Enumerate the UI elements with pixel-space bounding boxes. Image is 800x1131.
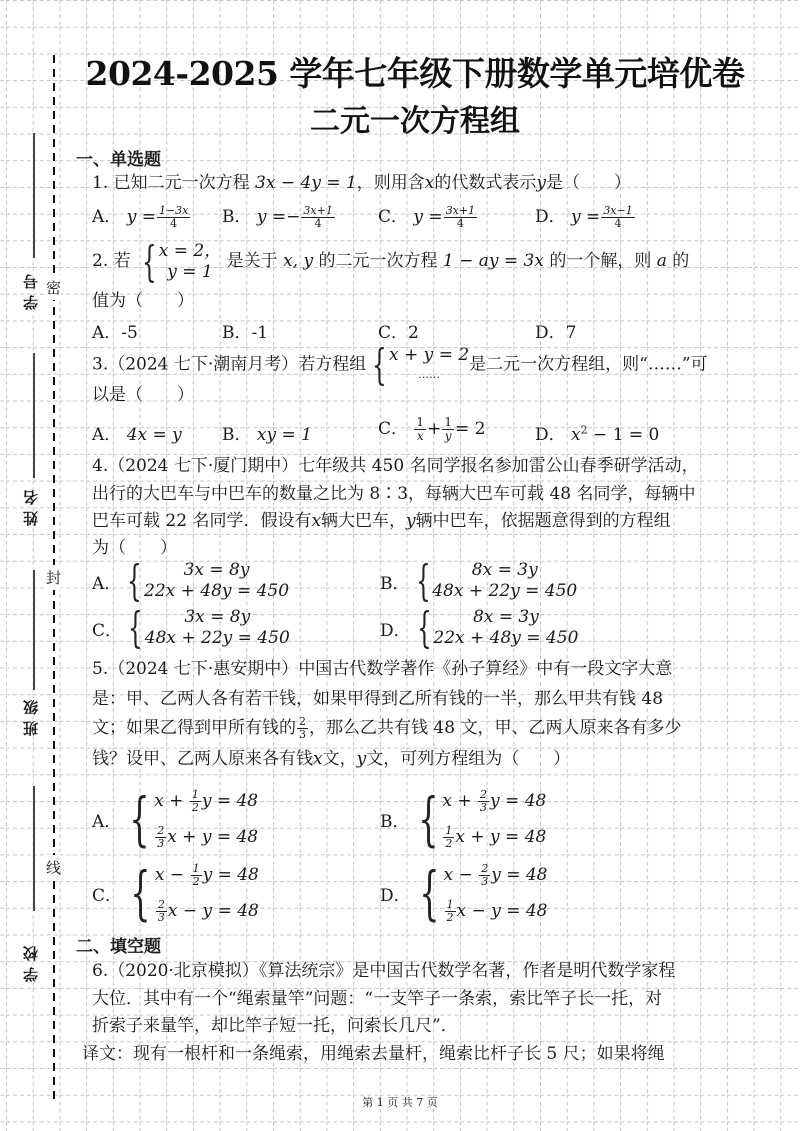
label-class: 班级 <box>20 694 41 736</box>
q3-option-b[interactable]: B． xy = 1 <box>222 420 312 445</box>
label-school: 学校 <box>20 940 41 982</box>
student-id-underline <box>33 133 35 258</box>
question-5-line3: 文；如果乙得到甲所有钱的23，那么乙共有钱 48 文，甲、乙两人原来各有多少 <box>92 716 681 741</box>
question-5-line2: 是：甲、乙两人各有若干钱，如果甲得到乙所有钱的一半，那么甲共有钱 48 <box>92 688 663 710</box>
q5-option-d[interactable]: D．{ x − 23y = 48 12x − y = 48 <box>380 857 547 929</box>
school-underline <box>33 786 35 911</box>
question-2-line2: 值为（ ） <box>92 290 194 312</box>
q3-option-d[interactable]: D． x2 − 1 = 0 <box>535 420 659 445</box>
exam-page: 学号 姓名 班级 学校 密 封 线 2024-2025 学年七年级下册数学单元培… <box>0 0 800 1131</box>
question-4-line2: 出行的大巴车与中巴车的数量之比为 8∶3，每辆大巴车可载 48 名同学，每辆中 <box>92 483 695 505</box>
section-heading-fill-blank: 二、填空题 <box>76 932 161 957</box>
question-6-line2: 大位．其中有一个“绳索量竿”问题：“一支竿子一条索，索比竿子长一托，对 <box>92 988 662 1010</box>
seal-word-xian: 线 <box>46 855 61 880</box>
question-1: 1. 已知二元一次方程 3x − 4y = 1，则用含x的代数式表示y是（ ） <box>92 172 631 194</box>
question-5-line1: 5.（2024 七下·惠安期中）中国古代数学著作《孙子算经》中有一段文字大意 <box>92 658 672 680</box>
page-number: 第 1 页 共 7 页 <box>0 1094 800 1110</box>
q3-option-a[interactable]: A． 4x = y <box>92 420 182 445</box>
class-underline <box>33 570 35 690</box>
question-6-line3: 折索子来量竿，却比竿子短一托，问索长几尺”． <box>92 1015 458 1037</box>
q3-system: {x + y = 2…… <box>366 344 469 386</box>
q1-option-c[interactable]: C． y =3x+14 <box>378 202 478 230</box>
seal-word-feng: 封 <box>46 565 61 590</box>
q3-option-c[interactable]: C． 1x+1y= 2 <box>378 414 485 443</box>
q4-option-a[interactable]: A．{3x = 8y22x + 48y = 450 <box>92 560 289 602</box>
question-5-line4: 钱？设甲、乙两人原来各有钱x文，y文，可列方程组为（ ） <box>92 748 570 770</box>
question-2: 2. 若 {x = 2，y = 1 是关于 x, y 的二元一次方程 1 − a… <box>92 240 689 283</box>
q2-system: {x = 2，y = 1 <box>136 241 221 283</box>
question-6-line4: 译文：现有一根杆和一条绳索，用绳索去量杆，绳索比杆子长 5 尺；如果将绳 <box>82 1043 665 1065</box>
section-heading-single-choice: 一、单选题 <box>76 145 161 170</box>
question-6-line1: 6.（2020·北京模拟）《算法统宗》是中国古代数学名著，作者是明代数学家程 <box>92 960 675 982</box>
q4-option-b[interactable]: B．{8x = 3y48x + 22y = 450 <box>380 560 577 602</box>
q2-option-d[interactable]: D．7 <box>535 318 576 343</box>
q2-option-b[interactable]: B．-1 <box>222 318 268 343</box>
question-4-line1: 4.（2024 七下·厦门期中）七年级共 450 名同学报名参加雷公山春季研学活… <box>92 455 699 477</box>
q4-option-d[interactable]: D．{8x = 3y22x + 48y = 450 <box>380 607 578 649</box>
label-name: 姓名 <box>20 484 41 526</box>
q1-option-b[interactable]: B． y =−3x+14 <box>222 202 336 230</box>
q4-option-c[interactable]: C．{3x = 8y48x + 22y = 450 <box>92 607 290 649</box>
q5-option-c[interactable]: C．{ x − 12y = 48 23x − y = 48 <box>92 857 259 929</box>
question-3-line2: 以是（ ） <box>92 384 194 406</box>
page-subtitle: 二元一次方程组 <box>70 96 760 140</box>
label-student-id: 学号 <box>20 268 41 310</box>
q5-option-a[interactable]: A．{ x + 12y = 48 23x + y = 48 <box>92 783 258 855</box>
page-title: 2024-2025 学年七年级下册数学单元培优卷 <box>70 48 760 95</box>
name-underline <box>33 353 35 478</box>
q5-option-b[interactable]: B．{ x + 23y = 48 12x + y = 48 <box>380 783 546 855</box>
question-3: 3.（2024 七下·潮南月考）若方程组{x + y = 2……是二元一次方程组… <box>92 344 708 386</box>
q2-option-a[interactable]: A．-5 <box>92 318 138 343</box>
question-4-line3: 巴车可载 22 名同学．假设有x辆大巴车，y辆中巴车，依据题意得到的方程组 <box>92 510 671 532</box>
q1-option-d[interactable]: D． y =3x−14 <box>535 202 636 230</box>
q1-option-a[interactable]: A． y =1−3x4 <box>92 202 191 230</box>
seal-word-mi: 密 <box>46 275 61 300</box>
